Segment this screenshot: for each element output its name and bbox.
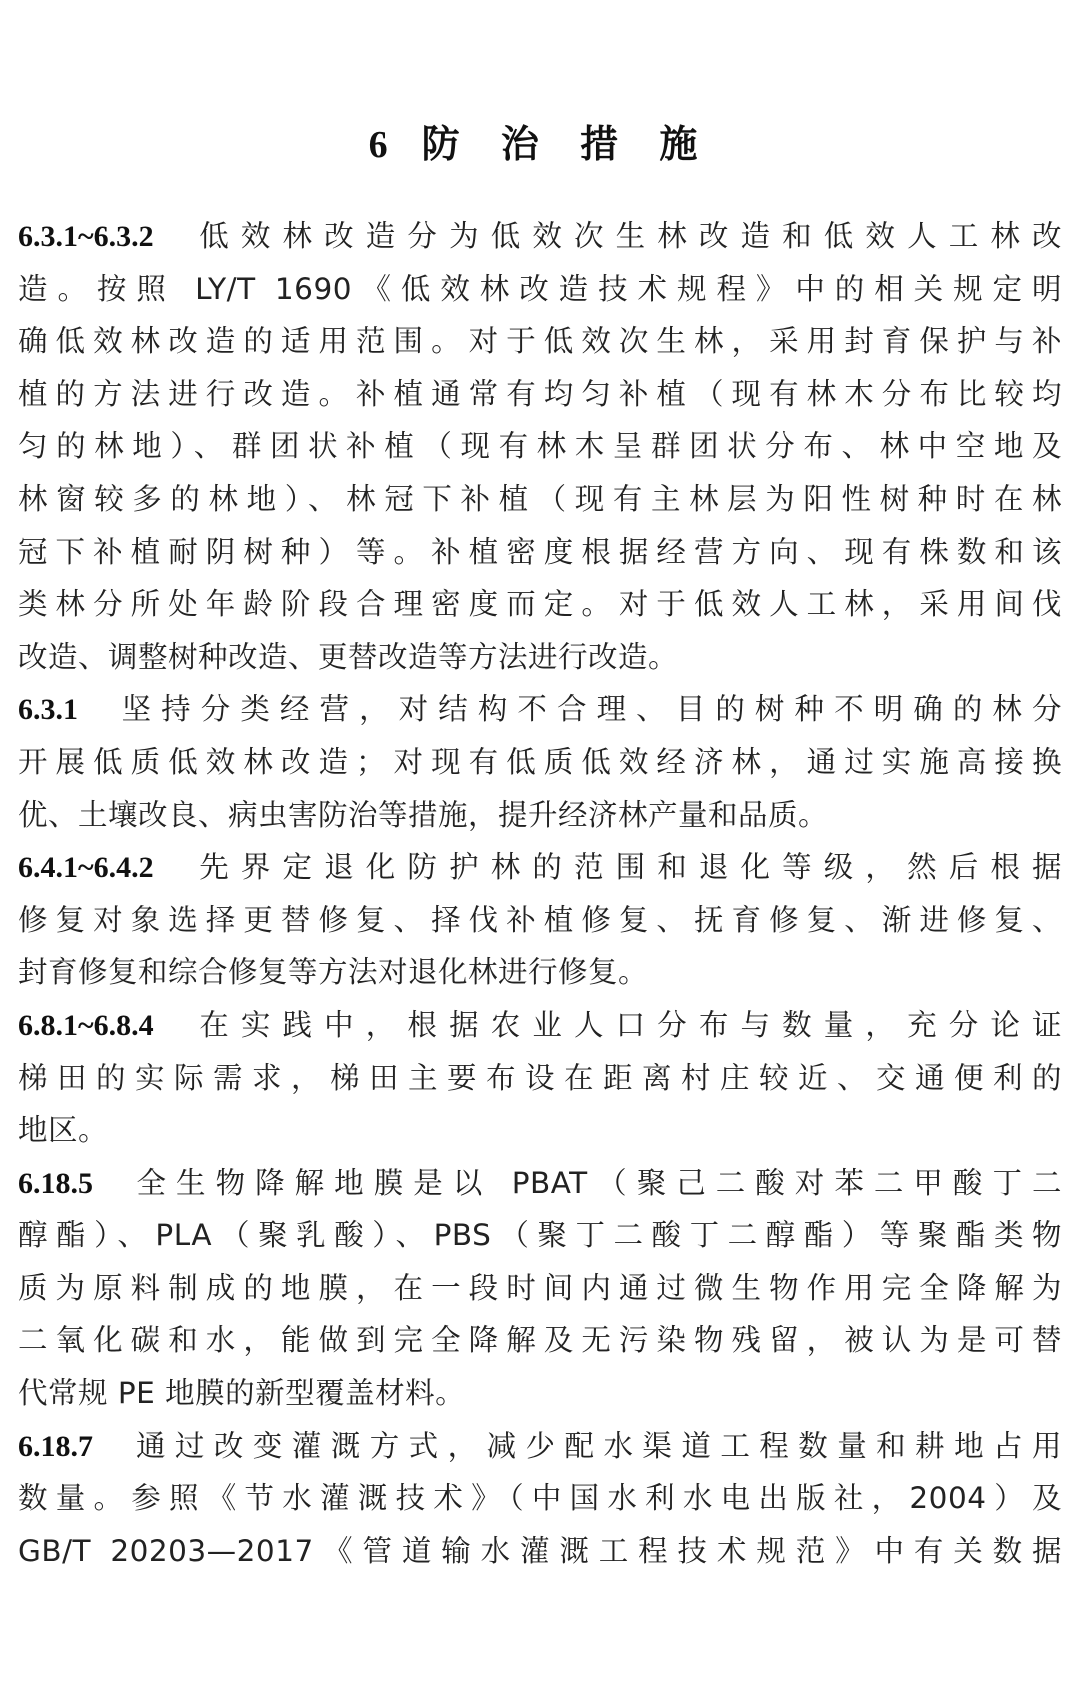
clause-line: 梯田的实际需求，梯田主要布设在距离村庄较近、交通便利的 bbox=[18, 1052, 1062, 1105]
clause-line: 改造、调整树种改造、更替改造等方法进行改造。 bbox=[18, 631, 1062, 684]
clause-line: 二氧化碳和水，能做到完全降解及无污染物残留，被认为是可替 bbox=[18, 1314, 1062, 1367]
clause-number: 6.18.7 bbox=[18, 1430, 93, 1463]
clause-line: 优、土壤改良、病虫害防治等措施，提升经济林产量和品质。 bbox=[18, 789, 1062, 842]
clause-line: 类林分所处年龄阶段合理密度而定。对于低效人工林，采用间伐 bbox=[18, 578, 1062, 631]
clause-line: 6.3.1坚持分类经营，对结构不合理、目的树种不明确的林分 bbox=[18, 683, 1062, 736]
clause-line: 6.4.1~6.4.2先界定退化防护林的范围和退化等级，然后根据 bbox=[18, 841, 1062, 894]
clause-number: 6.4.1~6.4.2 bbox=[18, 851, 154, 884]
clause-line: 6.8.1~6.8.4在实践中，根据农业人口分布与数量，充分论证 bbox=[18, 999, 1062, 1052]
clause-6-3-1-to-6-3-2: 6.3.1~6.3.2低效林改造分为低效次生林改造和低效人工林改 造。按照 LY… bbox=[18, 210, 1062, 683]
clause-list: 6.3.1~6.3.2低效林改造分为低效次生林改造和低效人工林改 造。按照 LY… bbox=[18, 210, 1062, 1577]
clause-6-3-1: 6.3.1坚持分类经营，对结构不合理、目的树种不明确的林分 开展低质低效林改造；… bbox=[18, 683, 1062, 841]
clause-line: 修复对象选择更替修复、择伐补植修复、抚育修复、渐进修复、 bbox=[18, 894, 1062, 947]
clause-text: 通过改变灌溉方式，减少配水渠道工程数量和耕地占用 bbox=[127, 1429, 1062, 1463]
chapter-title-text: 防 治 措 施 bbox=[422, 122, 712, 166]
clause-line: 质为原料制成的地膜，在一段时间内通过微生物作用完全降解为 bbox=[18, 1262, 1062, 1315]
clause-text: 低效林改造分为低效次生林改造和低效人工林改 bbox=[188, 219, 1062, 253]
clause-number: 6.3.1~6.3.2 bbox=[18, 220, 154, 253]
clause-6-18-5: 6.18.5全生物降解地膜是以 PBAT（聚己二酸对苯二甲酸丁二 醇酯）、PLA… bbox=[18, 1157, 1062, 1420]
clause-text: 在实践中，根据农业人口分布与数量，充分论证 bbox=[188, 1008, 1062, 1042]
document-page: 6防 治 措 施 6.3.1~6.3.2低效林改造分为低效次生林改造和低效人工林… bbox=[0, 0, 1080, 1703]
clause-line: 数量。参照《节水灌溉技术》（中国水利水电出版社，2004）及 bbox=[18, 1472, 1062, 1525]
clause-line: 地区。 bbox=[18, 1104, 1062, 1157]
clause-text: 全生物降解地膜是以 PBAT（聚己二酸对苯二甲酸丁二 bbox=[127, 1166, 1062, 1200]
clause-number: 6.3.1 bbox=[18, 693, 78, 726]
clause-line: 代常规 PE 地膜的新型覆盖材料。 bbox=[18, 1367, 1062, 1420]
clause-line: 6.18.5全生物降解地膜是以 PBAT（聚己二酸对苯二甲酸丁二 bbox=[18, 1157, 1062, 1210]
clause-6-18-7: 6.18.7通过改变灌溉方式，减少配水渠道工程数量和耕地占用 数量。参照《节水灌… bbox=[18, 1420, 1062, 1578]
clause-line: 匀的林地）、群团状补植（现有林木呈群团状分布、林中空地及 bbox=[18, 420, 1062, 473]
clause-line: GB/T 20203—2017《管道输水灌溉工程技术规范》中有关数据 bbox=[18, 1525, 1062, 1578]
clause-text: 坚持分类经营，对结构不合理、目的树种不明确的林分 bbox=[112, 692, 1062, 726]
clause-line: 6.18.7通过改变灌溉方式，减少配水渠道工程数量和耕地占用 bbox=[18, 1420, 1062, 1473]
chapter-title: 6防 治 措 施 bbox=[0, 113, 1080, 168]
clause-line: 封育修复和综合修复等方法对退化林进行修复。 bbox=[18, 946, 1062, 999]
chapter-number: 6 bbox=[369, 124, 402, 166]
clause-line: 6.3.1~6.3.2低效林改造分为低效次生林改造和低效人工林改 bbox=[18, 210, 1062, 263]
clause-line: 植的方法进行改造。补植通常有均匀补植（现有林木分布比较均 bbox=[18, 368, 1062, 421]
clause-line: 冠下补植耐阴树种）等。补植密度根据经营方向、现有株数和该 bbox=[18, 526, 1062, 579]
clause-line: 造。按照 LY/T 1690《低效林改造技术规程》中的相关规定明 bbox=[18, 263, 1062, 316]
clause-6-8-1-to-6-8-4: 6.8.1~6.8.4在实践中，根据农业人口分布与数量，充分论证 梯田的实际需求… bbox=[18, 999, 1062, 1157]
clause-line: 林窗较多的林地）、林冠下补植（现有主林层为阳性树种时在林 bbox=[18, 473, 1062, 526]
clause-text: 先界定退化防护林的范围和退化等级，然后根据 bbox=[188, 850, 1062, 884]
clause-line: 开展低质低效林改造；对现有低质低效经济林，通过实施高接换 bbox=[18, 736, 1062, 789]
clause-number: 6.18.5 bbox=[18, 1167, 93, 1200]
clause-6-4-1-to-6-4-2: 6.4.1~6.4.2先界定退化防护林的范围和退化等级，然后根据 修复对象选择更… bbox=[18, 841, 1062, 999]
clause-line: 确低效林改造的适用范围。对于低效次生林，采用封育保护与补 bbox=[18, 315, 1062, 368]
clause-number: 6.8.1~6.8.4 bbox=[18, 1009, 154, 1042]
clause-line: 醇酯）、PLA（聚乳酸）、PBS（聚丁二酸丁二醇酯）等聚酯类物 bbox=[18, 1209, 1062, 1262]
